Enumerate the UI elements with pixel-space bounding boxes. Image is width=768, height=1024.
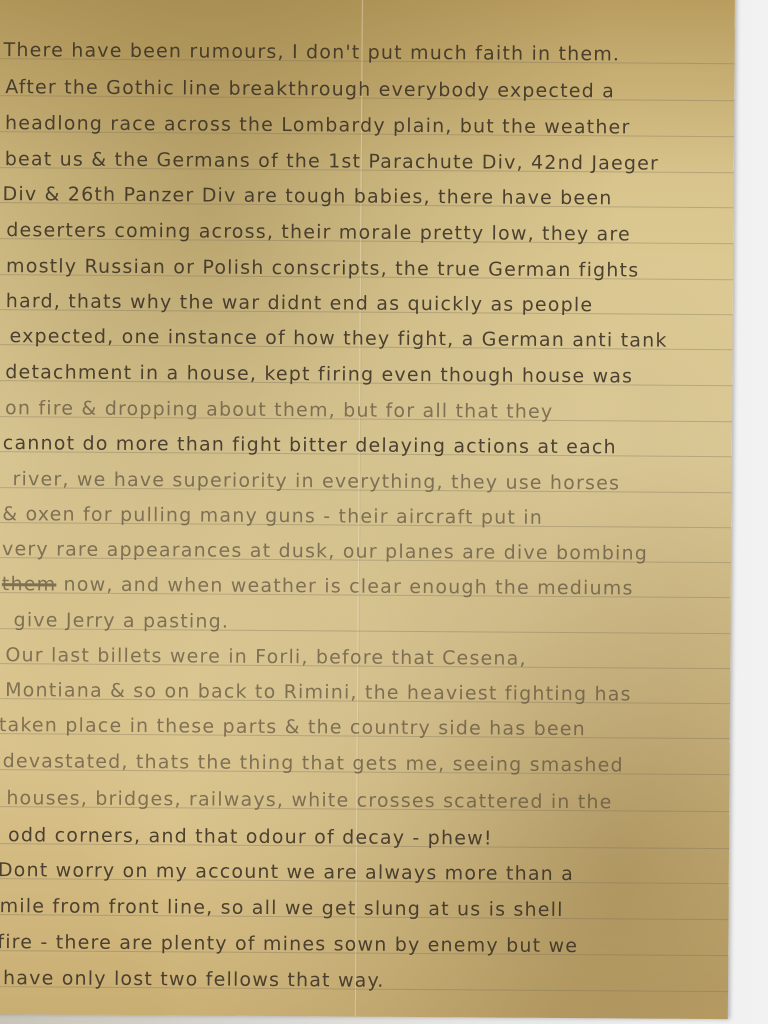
text-line: headlong race across the Lombardy plain,…	[5, 111, 631, 139]
letter-page: There have been rumours, I don't put muc…	[0, 0, 735, 1019]
text-line: houses, bridges, railways, white crosses…	[6, 786, 612, 814]
text-line: beat us & the Germans of the 1st Parachu…	[5, 147, 659, 176]
text-line: have only lost two fellows that way.	[3, 966, 385, 993]
text-line: There have been rumours, I don't put muc…	[3, 38, 620, 66]
text-line: deserters coming across, their morale pr…	[6, 218, 631, 246]
text-line-body: now, and when weather is clear enough th…	[64, 574, 634, 600]
text-line: devastated, thats the thing that gets me…	[3, 749, 624, 777]
text-line: fire - there are plenty of mines sown by…	[0, 930, 578, 958]
text-line: After the Gothic line breakthrough every…	[5, 75, 615, 103]
text-line-with-strikeout: them now, and when weather is clear enou…	[2, 572, 634, 600]
text-line: Our last billets were in Forli, before t…	[5, 643, 527, 671]
text-line: Dont worry on my account we are always m…	[0, 858, 574, 886]
text-line: Montiana & so on back to Rimini, the hea…	[5, 678, 632, 706]
text-line: cannot do more than fight bitter delayin…	[3, 431, 617, 459]
text-line: river, we have superiority in everything…	[13, 467, 621, 495]
text-line: on fire & dropping about them, but for a…	[5, 396, 554, 424]
text-line: mile from front line, so all we get slun…	[0, 894, 564, 922]
text-line: mostly Russian or Polish conscripts, the…	[6, 254, 639, 282]
text-line: detachment in a house, kept firing even …	[5, 360, 633, 388]
text-line: & oxen for pulling many guns - their air…	[2, 502, 543, 530]
text-line: odd corners, and that odour of decay - p…	[8, 823, 493, 850]
struck-out-word: them	[2, 573, 57, 595]
text-line: taken place in these parts & the country…	[0, 713, 586, 741]
text-line: give Jerry a pasting.	[14, 608, 230, 634]
text-line: hard, thats why the war didnt end as qui…	[6, 289, 594, 317]
text-line: Div & 26th Panzer Div are tough babies, …	[2, 182, 612, 210]
text-line: very rare appearances at dusk, our plane…	[2, 537, 648, 566]
handwritten-text: There have been rumours, I don't put muc…	[0, 0, 735, 5]
text-line: expected, one instance of how they fight…	[10, 324, 668, 353]
